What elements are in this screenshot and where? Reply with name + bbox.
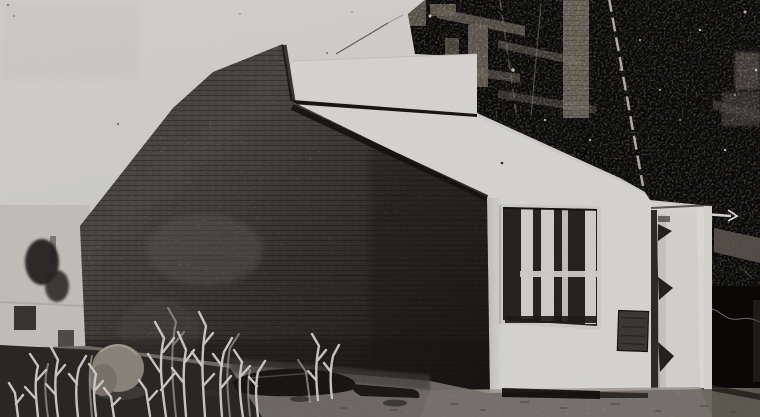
photo-canvas [0,0,760,417]
film-grain [0,0,760,417]
photograph [0,0,760,417]
